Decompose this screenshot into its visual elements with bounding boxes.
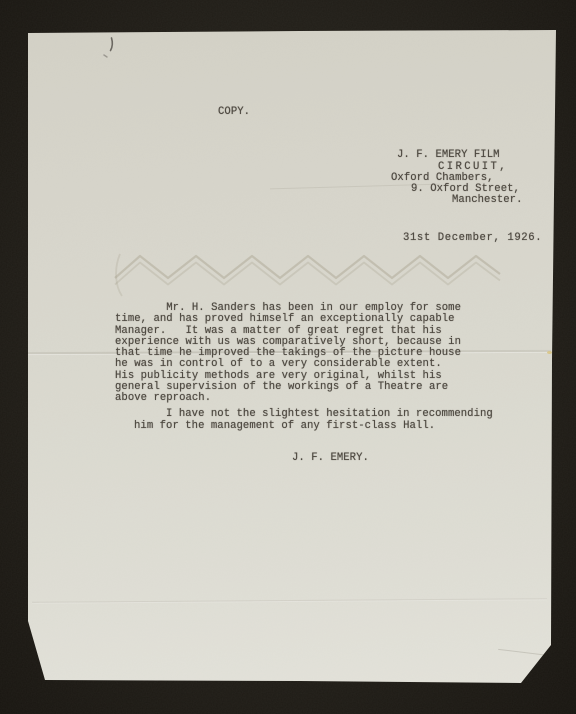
body-paragraph-1: Mr. H. Sanders has been in our employ fo… <box>115 303 461 405</box>
letterhead-company-line: J. F. EMERY FILM <box>397 150 500 161</box>
stain-spot <box>547 351 552 354</box>
signature-line: J. F. EMERY. <box>292 453 369 464</box>
body-paragraph-2: I have not the slightest hesitation in r… <box>134 409 493 432</box>
date-line: 31st December, 1926. <box>403 233 542 244</box>
scanned-letter-photo: COPY. J. F. EMERY FILM CIRCUIT, Oxford C… <box>0 0 576 714</box>
letterhead-city-line: Manchester. <box>452 195 522 206</box>
copy-label: COPY. <box>218 107 250 118</box>
letter-paper: COPY. J. F. EMERY FILM CIRCUIT, Oxford C… <box>0 0 576 714</box>
